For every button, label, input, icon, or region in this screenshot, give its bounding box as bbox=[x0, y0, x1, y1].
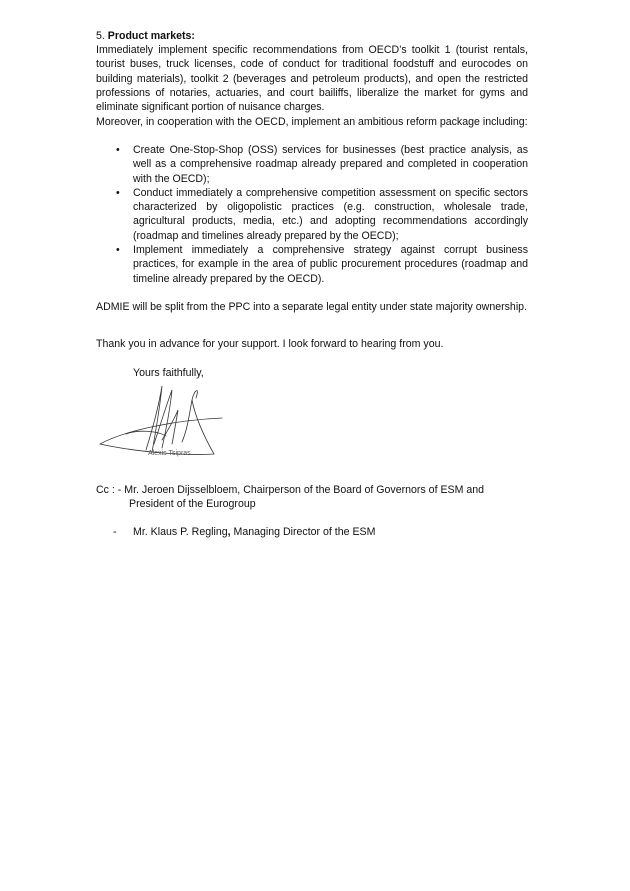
cc-dash: - bbox=[96, 525, 133, 539]
cc-recipient-1-line1: - Mr. Jeroen Dijsselbloem, Chairperson o… bbox=[118, 484, 484, 496]
bullet-text: Implement immediately a comprehensive st… bbox=[133, 244, 528, 285]
signature-name: Alexis Tsipras bbox=[148, 447, 191, 461]
bullet-icon: • bbox=[116, 243, 120, 257]
bullet-item: • Create One-Stop-Shop (OSS) services fo… bbox=[96, 143, 528, 186]
bullet-text: Conduct immediately a comprehensive comp… bbox=[133, 187, 528, 242]
cc-block: Cc : - Mr. Jeroen Dijsselbloem, Chairper… bbox=[96, 483, 536, 539]
bullet-icon: • bbox=[116, 143, 120, 157]
moreover-paragraph: Moreover, in cooperation with the OECD, … bbox=[96, 115, 528, 129]
thanks-line: Thank you in advance for your support. I… bbox=[96, 337, 443, 351]
bullet-icon: • bbox=[116, 186, 120, 200]
bullet-text: Create One-Stop-Shop (OSS) services for … bbox=[133, 144, 528, 185]
section-heading: 5. Product markets: bbox=[96, 29, 195, 43]
section-number: 5. bbox=[96, 30, 105, 42]
closing-salutation: Yours faithfully, bbox=[133, 366, 204, 380]
section-title: Product markets: bbox=[108, 30, 195, 42]
cc-recipient-2-name: Mr. Klaus P. Regling bbox=[133, 526, 228, 538]
cc-recipient-1: Cc : - Mr. Jeroen Dijsselbloem, Chairper… bbox=[96, 483, 536, 497]
toolkit-paragraph: Immediately implement specific recommend… bbox=[96, 43, 528, 114]
cc-recipient-2: -Mr. Klaus P. Regling, Managing Director… bbox=[96, 525, 536, 539]
bullet-item: • Implement immediately a comprehensive … bbox=[96, 243, 528, 286]
cc-recipient-2-role: Managing Director of the ESM bbox=[231, 526, 376, 538]
admie-statement: ADMIE will be split from the PPC into a … bbox=[96, 300, 536, 314]
reform-bullet-list: • Create One-Stop-Shop (OSS) services fo… bbox=[96, 143, 528, 286]
cc-recipient-1-line2: President of the Eurogroup bbox=[96, 497, 536, 511]
cc-label: Cc : bbox=[96, 484, 115, 496]
bullet-item: • Conduct immediately a comprehensive co… bbox=[96, 186, 528, 243]
